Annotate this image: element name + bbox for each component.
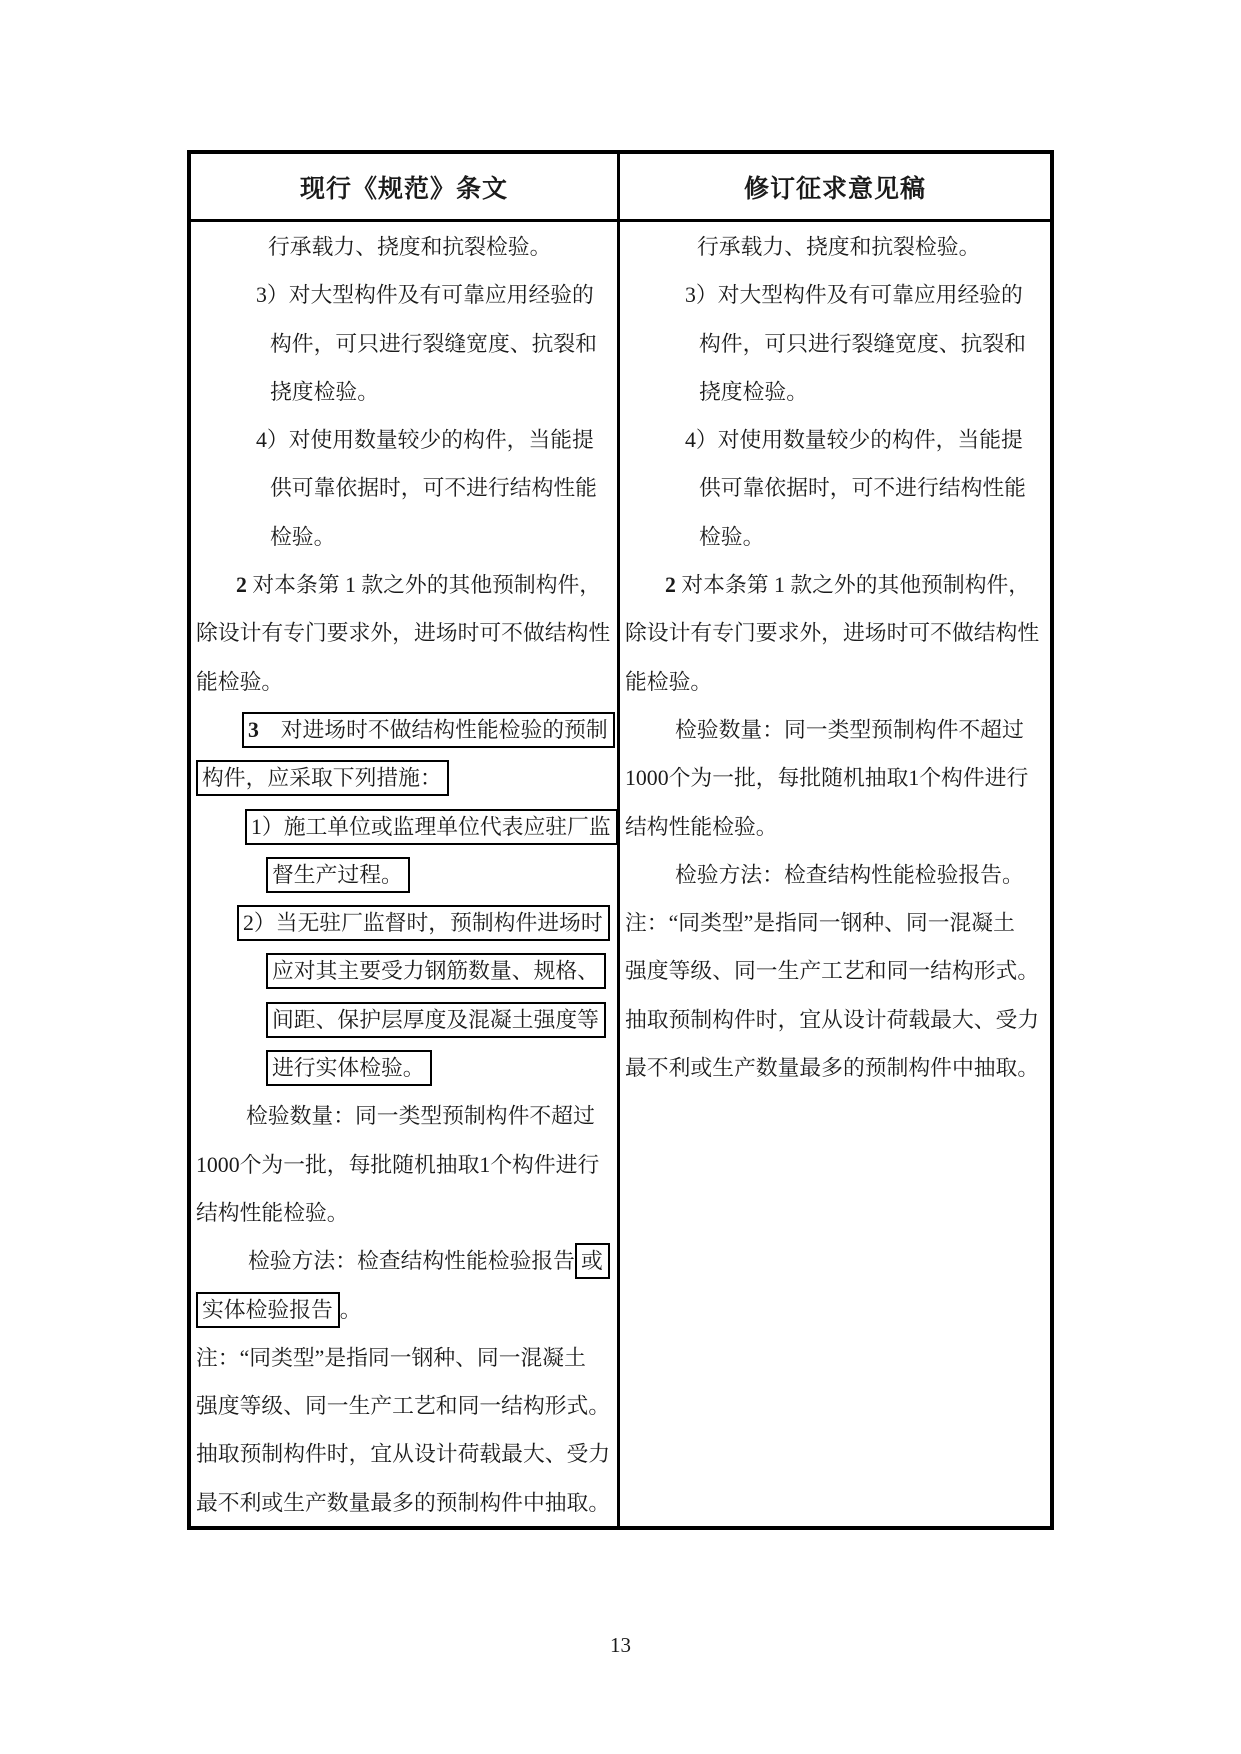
text-segment: 除设计有专门要求外，进场时可不做结构性	[196, 621, 610, 645]
revision-box: 督生产过程。	[266, 857, 410, 893]
text-line: 4）对使用数量较少的构件，当能提	[196, 416, 609, 464]
text-segment: 构件，可只进行裂缝宽度、抗裂和	[270, 332, 597, 356]
text-line: 注：“同类型”是指同一钢种、同一混凝土	[196, 1334, 609, 1382]
text-segment: 抽取预制构件时，宜从设计荷载最大、受力	[196, 1442, 610, 1466]
text-segment: 对本条第 1 款之外的其他预制构件，	[676, 573, 1030, 597]
text-segment: 2）当无驻厂监督时，预制构件进场时	[243, 911, 603, 935]
text-segment: 督生产过程。	[272, 863, 403, 887]
text-line: 检验方法：检查结构性能检验报告或	[196, 1237, 609, 1285]
text-segment: 1）施工单位或监理单位代表应驻厂监	[251, 815, 611, 839]
text-line: 除设计有专门要求外，进场时可不做结构性	[196, 609, 609, 657]
revision-box: 间距、保护层厚度及混凝土强度等	[266, 1002, 606, 1038]
page-number: 13	[0, 1633, 1241, 1658]
text-segment: 供可靠依据时，可不进行结构性能	[270, 476, 597, 500]
text-segment: 检验。	[270, 525, 335, 549]
text-line: 3 对进场时不做结构性能检验的预制	[196, 706, 609, 754]
text-segment: 能检验。	[196, 670, 283, 694]
clause-number: 2	[665, 573, 676, 597]
text-segment: 间距、保护层厚度及混凝土强度等	[272, 1008, 599, 1032]
text-line: 供可靠依据时，可不进行结构性能	[625, 464, 1042, 512]
text-segment: 或	[581, 1249, 603, 1273]
comparison-table: 现行《规范》条文 修订征求意见稿 行承载力、挠度和抗裂检验。3）对大型构件及有可…	[187, 150, 1054, 1530]
current-code-column: 行承载力、挠度和抗裂检验。3）对大型构件及有可靠应用经验的构件，可只进行裂缝宽度…	[191, 222, 620, 1526]
text-segment: 注：“同类型”是指同一钢种、同一混凝土	[196, 1346, 586, 1370]
text-line: 行承载力、挠度和抗裂检验。	[196, 223, 609, 271]
text-line: 供可靠依据时，可不进行结构性能	[196, 464, 609, 512]
text-segment: 强度等级、同一生产工艺和同一结构形式。	[625, 959, 1039, 983]
text-line: 构件，可只进行裂缝宽度、抗裂和	[196, 320, 609, 368]
text-line: 最不利或生产数量最多的预制构件中抽取。	[625, 1044, 1042, 1092]
text-line: 3）对大型构件及有可靠应用经验的	[196, 271, 609, 319]
revision-box: 实体检验报告	[196, 1292, 340, 1328]
text-segment: 构件，应采取下列措施：	[202, 766, 442, 790]
text-segment: 能检验。	[625, 670, 712, 694]
text-line: 3）对大型构件及有可靠应用经验的	[625, 271, 1042, 319]
text-segment: 3）对大型构件及有可靠应用经验的	[256, 283, 594, 307]
revision-box: 进行实体检验。	[266, 1050, 432, 1086]
text-line: 检验数量：同一类型预制构件不超过	[196, 1092, 609, 1140]
text-segment: 检验方法：检查结构性能检验报告	[248, 1249, 575, 1273]
text-line: 能检验。	[196, 658, 609, 706]
text-line: 强度等级、同一生产工艺和同一结构形式。	[625, 947, 1042, 995]
text-line: 间距、保护层厚度及混凝土强度等	[196, 996, 609, 1044]
text-segment: 注：“同类型”是指同一钢种、同一混凝土	[625, 911, 1015, 935]
text-line: 行承载力、挠度和抗裂检验。	[625, 223, 1042, 271]
revision-box: 2）当无驻厂监督时，预制构件进场时	[237, 905, 610, 941]
revision-box: 或	[575, 1243, 610, 1279]
text-segment: 检验。	[699, 525, 764, 549]
text-line: 检验。	[196, 513, 609, 561]
text-segment: 对本条第 1 款之外的其他预制构件，	[247, 573, 601, 597]
text-segment: 挠度检验。	[270, 380, 379, 404]
text-line: 4）对使用数量较少的构件，当能提	[625, 416, 1042, 464]
text-segment: 最不利或生产数量最多的预制构件中抽取。	[196, 1491, 610, 1515]
text-line: 应对其主要受力钢筋数量、规格、	[196, 947, 609, 995]
table-header-revised-draft: 修订征求意见稿	[620, 154, 1050, 219]
revision-box: 应对其主要受力钢筋数量、规格、	[266, 953, 606, 989]
text-segment: 挠度检验。	[699, 380, 808, 404]
text-segment: 除设计有专门要求外，进场时可不做结构性	[625, 621, 1039, 645]
text-line: 结构性能检验。	[196, 1189, 609, 1237]
text-line: 督生产过程。	[196, 851, 609, 899]
text-segment: 1000个为一批，每批随机抽取1个构件进行	[625, 766, 1028, 790]
text-segment: 应对其主要受力钢筋数量、规格、	[272, 959, 599, 983]
text-segment: 行承载力、挠度和抗裂检验。	[697, 235, 980, 259]
text-line: 强度等级、同一生产工艺和同一结构形式。	[196, 1382, 609, 1430]
text-segment: 强度等级、同一生产工艺和同一结构形式。	[196, 1394, 610, 1418]
text-segment: 构件，可只进行裂缝宽度、抗裂和	[699, 332, 1026, 356]
text-segment: 3）对大型构件及有可靠应用经验的	[685, 283, 1023, 307]
text-segment: 检验数量：同一类型预制构件不超过	[675, 718, 1024, 742]
revised-draft-column: 行承载力、挠度和抗裂检验。3）对大型构件及有可靠应用经验的构件，可只进行裂缝宽度…	[620, 222, 1050, 1526]
table-header-current-code: 现行《规范》条文	[191, 154, 620, 219]
text-line: 2 对本条第 1 款之外的其他预制构件，	[625, 561, 1042, 609]
text-line: 抽取预制构件时，宜从设计荷载最大、受力	[625, 996, 1042, 1044]
text-segment: 结构性能检验。	[196, 1201, 349, 1225]
revision-box: 构件，应采取下列措施：	[196, 760, 449, 796]
text-segment: 结构性能检验。	[625, 815, 778, 839]
text-line: 进行实体检验。	[196, 1044, 609, 1092]
text-line: 检验方法：检查结构性能检验报告。	[625, 851, 1042, 899]
text-line: 构件，可只进行裂缝宽度、抗裂和	[625, 320, 1042, 368]
text-segment: 1000个为一批，每批随机抽取1个构件进行	[196, 1153, 599, 1177]
table-header-row: 现行《规范》条文 修订征求意见稿	[191, 154, 1050, 222]
clause-number: 3	[248, 718, 259, 742]
revision-box: 3 对进场时不做结构性能检验的预制	[242, 712, 615, 748]
text-line: 注：“同类型”是指同一钢种、同一混凝土	[625, 899, 1042, 947]
revision-box: 1）施工单位或监理单位代表应驻厂监	[245, 809, 618, 845]
text-line: 1000个为一批，每批随机抽取1个构件进行	[625, 754, 1042, 802]
text-line: 除设计有专门要求外，进场时可不做结构性	[625, 609, 1042, 657]
text-segment: 进行实体检验。	[272, 1056, 425, 1080]
text-line: 结构性能检验。	[625, 803, 1042, 851]
text-line: 检验数量：同一类型预制构件不超过	[625, 706, 1042, 754]
text-segment: 4）对使用数量较少的构件，当能提	[685, 428, 1023, 452]
text-line: 能检验。	[625, 658, 1042, 706]
text-segment: 最不利或生产数量最多的预制构件中抽取。	[625, 1056, 1039, 1080]
text-segment: 实体检验报告	[202, 1298, 333, 1322]
text-segment: 对进场时不做结构性能检验的预制	[259, 718, 608, 742]
document-page: { "page": { "number": "13" }, "table": {…	[0, 0, 1241, 1754]
text-line: 抽取预制构件时，宜从设计荷载最大、受力	[196, 1430, 609, 1478]
text-line: 1）施工单位或监理单位代表应驻厂监	[196, 803, 609, 851]
text-line: 检验。	[625, 513, 1042, 561]
text-segment: 抽取预制构件时，宜从设计荷载最大、受力	[625, 1008, 1039, 1032]
text-segment: 4）对使用数量较少的构件，当能提	[256, 428, 594, 452]
table-body-row: 行承载力、挠度和抗裂检验。3）对大型构件及有可靠应用经验的构件，可只进行裂缝宽度…	[191, 222, 1050, 1526]
text-line: 挠度检验。	[196, 368, 609, 416]
text-line: 1000个为一批，每批随机抽取1个构件进行	[196, 1141, 609, 1189]
text-segment: 。	[340, 1298, 362, 1322]
text-line: 2）当无驻厂监督时，预制构件进场时	[196, 899, 609, 947]
text-line: 构件，应采取下列措施：	[196, 754, 609, 802]
text-segment: 检验数量：同一类型预制构件不超过	[246, 1104, 595, 1128]
text-line: 挠度检验。	[625, 368, 1042, 416]
text-line: 实体检验报告。	[196, 1286, 609, 1334]
clause-number: 2	[236, 573, 247, 597]
text-segment: 供可靠依据时，可不进行结构性能	[699, 476, 1026, 500]
text-line: 2 对本条第 1 款之外的其他预制构件，	[196, 561, 609, 609]
text-segment: 行承载力、挠度和抗裂检验。	[268, 235, 551, 259]
text-line: 最不利或生产数量最多的预制构件中抽取。	[196, 1479, 609, 1526]
text-segment: 检验方法：检查结构性能检验报告。	[675, 863, 1024, 887]
